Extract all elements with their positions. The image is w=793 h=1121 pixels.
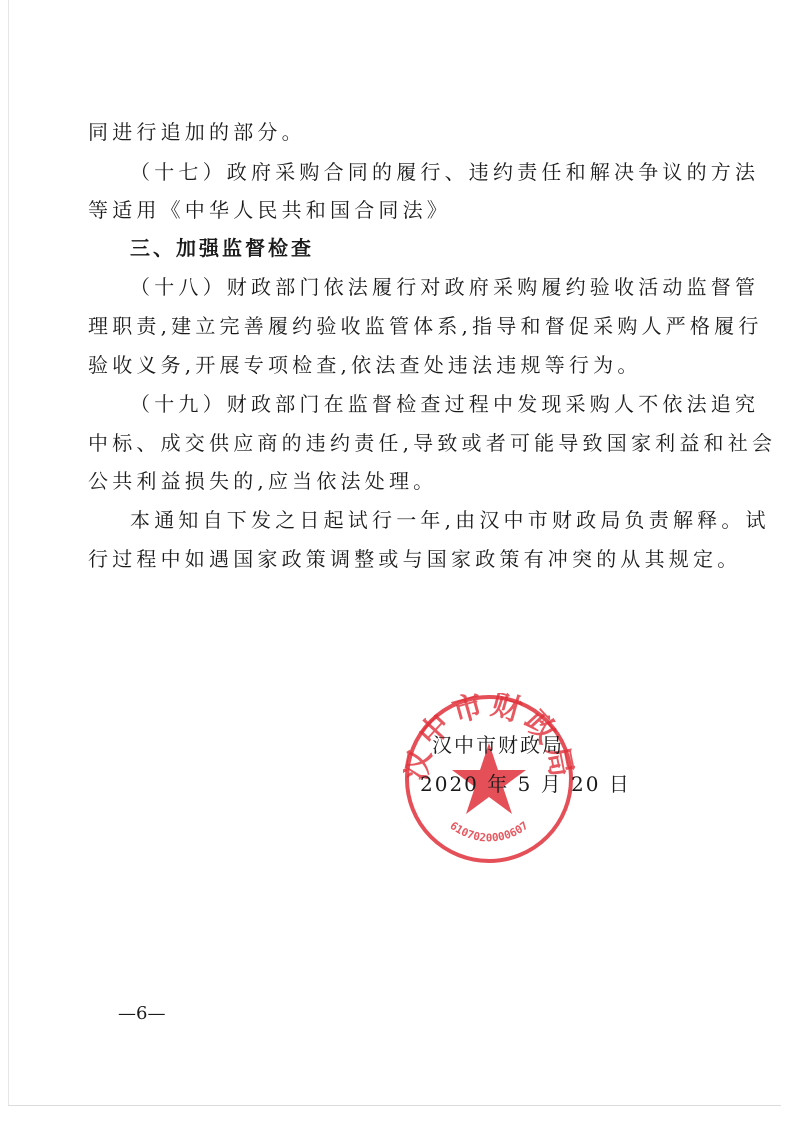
- issuer-name: 汉中市财政局: [432, 733, 564, 757]
- paragraph-line: 行过程中如遇国家政策调整或与国家政策有冲突的从其规定。: [88, 547, 741, 571]
- issue-date: 2020 年 5 月 20 日: [420, 772, 631, 796]
- paragraph-line: （十七）政府采购合同的履行、违约责任和解决争议的方法: [130, 160, 759, 184]
- document-page: 同进行追加的部分。 （十七）政府采购合同的履行、违约责任和解决争议的方法 等适用…: [0, 0, 793, 1121]
- paragraph-line: （十九）财政部门在监督检查过程中发现采购人不依法追究: [130, 392, 759, 416]
- paragraph-line: （十八）财政部门依法履行对政府采购履约验收活动监督管: [130, 275, 759, 299]
- paragraph-line: 理职责,建立完善履约验收监管体系,指导和督促采购人严格履行: [88, 314, 763, 338]
- page-number: —6—: [118, 1003, 165, 1024]
- paragraph-line: 本通知自下发之日起试行一年,由汉中市财政局负责解释。试: [130, 508, 770, 532]
- paragraph-line: 公共利益损失的,应当依法处理。: [88, 469, 437, 493]
- paragraph-line: 等适用《中华人民共和国合同法》: [88, 198, 451, 222]
- paragraph-line: 同进行追加的部分。: [88, 120, 306, 144]
- section-heading: 三、加强监督检查: [130, 236, 314, 260]
- paragraph-line: 中标、成交供应商的违约责任,导致或者可能导致国家利益和社会: [88, 431, 776, 455]
- svg-text:6107020000607: 6107020000607: [447, 819, 530, 844]
- paragraph-line: 验收义务,开展专项检查,依法查处违法违规等行为。: [88, 353, 642, 377]
